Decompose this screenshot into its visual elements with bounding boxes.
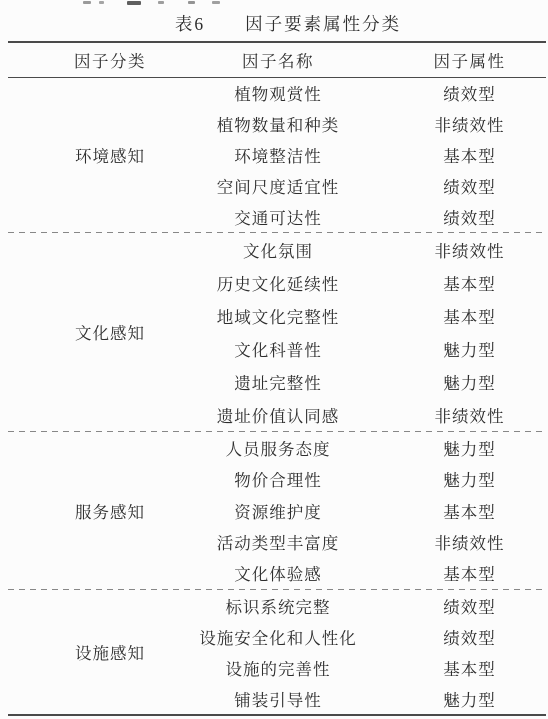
factor-name: 文化氛围 — [178, 233, 378, 266]
group-category-label: 设施感知 — [8, 590, 178, 714]
factor-attribute: 魅力型 — [378, 683, 546, 714]
table-row: 物价合理性 魅力型 — [178, 463, 546, 494]
factor-name: 植物观赏性 — [178, 78, 378, 109]
factor-attribute: 非绩效性 — [378, 233, 546, 266]
group-category-label: 文化感知 — [8, 233, 178, 431]
table-row: 环境整洁性 基本型 — [178, 140, 546, 171]
factor-name: 物价合理性 — [178, 463, 378, 494]
factor-attribute: 非绩效性 — [378, 398, 546, 431]
table-row: 植物数量和种类 非绩效性 — [178, 109, 546, 140]
factor-attribute: 绩效型 — [378, 170, 546, 201]
table-group-facility: 设施感知 标识系统完整 绩效型 设施安全化和人性化 绩效型 设施的完善性 基本型… — [8, 590, 546, 714]
table-row: 遗址完整性 魅力型 — [178, 365, 546, 398]
table-row: 遗址价值认同感 非绩效性 — [178, 398, 546, 431]
factor-attribute: 绩效型 — [378, 590, 546, 621]
table-group-environment: 环境感知 植物观赏性 绩效型 植物数量和种类 非绩效性 环境整洁性 基本型 空间… — [8, 78, 546, 232]
factor-attribute: 基本型 — [378, 495, 546, 526]
factor-attribute: 非绩效性 — [378, 526, 546, 557]
factor-name: 遗址完整性 — [178, 365, 378, 398]
factor-name: 植物数量和种类 — [178, 109, 378, 140]
table-row: 资源维护度 基本型 — [178, 495, 546, 526]
factor-name: 地域文化完整性 — [178, 299, 378, 332]
table-row: 铺装引导性 魅力型 — [178, 683, 546, 714]
column-header-attribute: 因子属性 — [378, 43, 546, 77]
table-row: 文化氛围 非绩效性 — [178, 233, 546, 266]
factor-attribute: 魅力型 — [378, 463, 546, 494]
factor-attribute: 绩效型 — [378, 621, 546, 652]
table-row: 活动类型丰富度 非绩效性 — [178, 526, 546, 557]
factor-name: 历史文化延续性 — [178, 266, 378, 299]
table-group-service: 服务感知 人员服务态度 魅力型 物价合理性 魅力型 资源维护度 基本型 活动类型… — [8, 432, 546, 589]
factor-name: 空间尺度适宜性 — [178, 170, 378, 201]
factor-attribute: 基本型 — [378, 652, 546, 683]
factor-name: 人员服务态度 — [178, 432, 378, 463]
factor-name: 铺装引导性 — [178, 683, 378, 714]
table-caption-title: 因子要素属性分类 — [245, 11, 401, 36]
factor-attribute: 基本型 — [378, 299, 546, 332]
factor-name: 标识系统完整 — [178, 590, 378, 621]
table-group-culture: 文化感知 文化氛围 非绩效性 历史文化延续性 基本型 地域文化完整性 基本型 文… — [8, 233, 546, 431]
table-row: 文化科普性 魅力型 — [178, 332, 546, 365]
factor-name: 活动类型丰富度 — [178, 526, 378, 557]
factor-attribute: 基本型 — [378, 558, 546, 589]
column-header-category: 因子分类 — [8, 43, 178, 77]
table-row: 历史文化延续性 基本型 — [178, 266, 546, 299]
table-row: 标识系统完整 绩效型 — [178, 590, 546, 621]
factor-attribute-table: 因子分类 因子名称 因子属性 环境感知 植物观赏性 绩效型 植物数量和种类 非绩… — [8, 41, 546, 716]
factor-attribute: 绩效型 — [378, 78, 546, 109]
table-row: 文化体验感 基本型 — [178, 558, 546, 589]
factor-attribute: 魅力型 — [378, 332, 546, 365]
factor-attribute: 魅力型 — [378, 432, 546, 463]
factor-name: 文化体验感 — [178, 558, 378, 589]
table-row: 交通可达性 绩效型 — [178, 201, 546, 232]
factor-name: 环境整洁性 — [178, 140, 378, 171]
factor-name: 交通可达性 — [178, 201, 378, 232]
factor-attribute: 魅力型 — [378, 365, 546, 398]
factor-attribute: 非绩效性 — [378, 109, 546, 140]
factor-attribute: 基本型 — [378, 266, 546, 299]
table-row: 人员服务态度 魅力型 — [178, 432, 546, 463]
factor-name: 遗址价值认同感 — [178, 398, 378, 431]
table-row: 地域文化完整性 基本型 — [178, 299, 546, 332]
table-row: 植物观赏性 绩效型 — [178, 78, 546, 109]
factor-name: 文化科普性 — [178, 332, 378, 365]
table-row: 设施的完善性 基本型 — [178, 652, 546, 683]
table-row: 空间尺度适宜性 绩效型 — [178, 170, 546, 201]
factor-attribute: 绩效型 — [378, 201, 546, 232]
factor-attribute: 基本型 — [378, 140, 546, 171]
table-row: 设施安全化和人性化 绩效型 — [178, 621, 546, 652]
group-category-label: 环境感知 — [8, 78, 178, 232]
factor-name: 设施安全化和人性化 — [178, 621, 378, 652]
factor-name: 资源维护度 — [178, 495, 378, 526]
table-header-row: 因子分类 因子名称 因子属性 — [8, 43, 546, 78]
column-header-name: 因子名称 — [178, 43, 378, 77]
table-caption: 表6 因子要素属性分类 — [14, 6, 548, 41]
group-category-label: 服务感知 — [8, 432, 178, 589]
table-caption-label: 表6 — [175, 11, 205, 36]
factor-name: 设施的完善性 — [178, 652, 378, 683]
